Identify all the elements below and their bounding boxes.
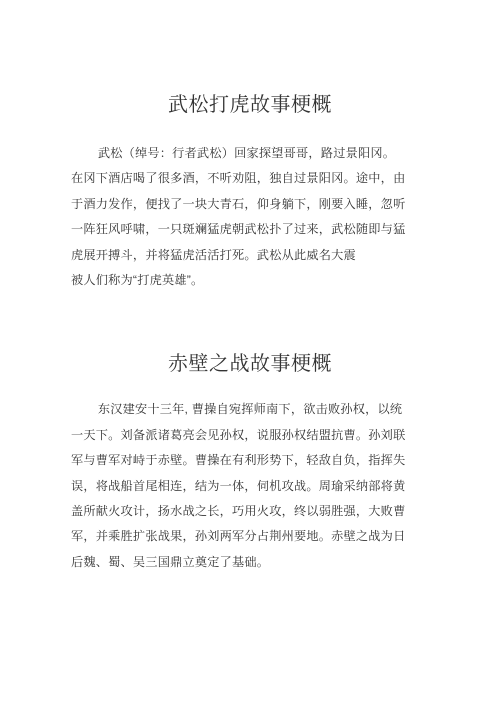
section-paragraph-chibi: 东汉建安十三年, 曹操自宛挥师南下，欲击败孙权，以统 一天下。刘备派诸葛亮会见孙… — [71, 397, 445, 575]
section-wusong: 武松打虎故事梗概 武松（绰号：行者武松）回家探望哥哥，路过景阳冈。 在冈下酒店喝… — [0, 89, 500, 293]
section-title-wusong: 武松打虎故事梗概 — [0, 89, 500, 121]
section-title-chibi: 赤壁之战故事梗概 — [0, 348, 500, 380]
section-paragraph-wusong: 武松（绰号：行者武松）回家探望哥哥，路过景阳冈。 在冈下酒店喝了很多酒，不听劝阻… — [71, 141, 445, 293]
document-page: 武松打虎故事梗概 武松（绰号：行者武松）回家探望哥哥，路过景阳冈。 在冈下酒店喝… — [0, 0, 500, 707]
section-chibi: 赤壁之战故事梗概 东汉建安十三年, 曹操自宛挥师南下，欲击败孙权，以统 一天下。… — [0, 348, 500, 575]
